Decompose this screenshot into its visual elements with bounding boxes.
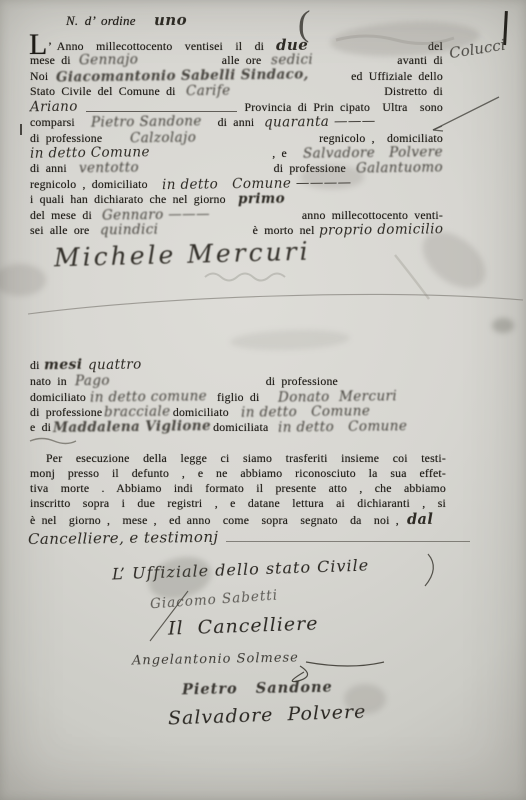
printed-text: i quali han dichiarato che nel giorno	[30, 191, 226, 207]
handwritten-death-place: proprio domicilio	[319, 221, 444, 239]
printed-text: , e	[272, 145, 287, 161]
form-line: e di Maddalena Viglione domiciliata in d…	[30, 419, 450, 435]
form-line: di professione Calzolajo regnicolo , dom…	[30, 130, 443, 146]
stray-dash-scribble	[30, 439, 76, 444]
signature-chancellor-name: Angelantonio Solmese	[132, 651, 299, 669]
printed-text: di anni	[30, 160, 67, 176]
signature-chancellor-title: Il Cancelliere	[168, 612, 319, 639]
closing-hand-line: Cancelliere, e testimonj	[28, 529, 478, 545]
printed-text: domiciliato	[30, 389, 86, 405]
ink-underline	[226, 540, 470, 542]
handwritten-witness2-age: ventotto	[79, 160, 139, 177]
closing-line: monj presso il defunto , e ne abbiamo ri…	[30, 466, 446, 481]
handwritten-witness1-name: Pietro Sandone	[91, 113, 202, 130]
handwritten-month: Gennajo	[79, 52, 139, 69]
printed-text: di	[30, 357, 40, 373]
printed-text: del mese di	[30, 207, 92, 223]
form-rule	[86, 110, 237, 112]
ink-smudge	[492, 318, 514, 333]
handwritten-comune: Carife	[186, 83, 231, 100]
closing-last-line: è nel giorno , mese , ed anno come sopra…	[30, 511, 468, 527]
printed-text: Stato Civile del Comune di	[30, 83, 176, 99]
printed-text: è nel giorno , mese , ed anno come sopra…	[30, 512, 399, 528]
handwritten-mother-name: Maddalena Viglione	[53, 418, 211, 436]
handwritten-birthplace: Pago	[75, 373, 110, 389]
ghost-scribble	[205, 274, 285, 281]
printed-text: mese di	[30, 52, 71, 68]
document-page: N. d’ ordine uno ( Colucci L ’ Anno mill…	[0, 0, 526, 800]
handwritten-district: Ariano	[30, 99, 78, 116]
ink-smudge	[230, 328, 351, 352]
handwritten-death-day: primo	[238, 191, 285, 208]
deceased-name: Michele Mercuri	[54, 237, 311, 273]
margin-tick-mark	[20, 124, 22, 135]
handwritten-age-unit: mesi	[43, 357, 82, 373]
form-line: domiciliato in detto comune figlio di Do…	[30, 389, 450, 405]
handwritten-domicile: in detto Comune	[278, 418, 407, 436]
handwritten-age-value: quattro	[88, 357, 142, 374]
signature-witness1: Pietro Sandone	[182, 679, 333, 699]
printed-text: di professione	[266, 373, 338, 389]
form-line: di mesi quattro	[30, 357, 450, 373]
printed-text: comparsi	[30, 114, 75, 130]
printed-text: Provincia di Prin cipato Ultra sono	[245, 99, 443, 115]
order-number-row: N. d’ ordine uno	[66, 11, 286, 27]
printed-text: nato in	[30, 373, 67, 389]
printed-text: è morto nel	[253, 222, 315, 238]
form-line: di anni ventotto di professione Galantuo…	[30, 160, 443, 176]
signature-flourish	[425, 554, 433, 586]
form-line: del mese di Gennaro ——— anno millecottoc…	[30, 207, 443, 223]
printed-text: di anni	[218, 114, 255, 130]
handwritten-tail: dal	[407, 511, 433, 528]
handwritten-witness2-profession: Galantuomo	[356, 159, 443, 176]
printed-text: regnicolo , domiciliato	[30, 176, 148, 192]
printed-text: domiciliata	[213, 419, 268, 435]
stray-curve-line	[28, 295, 523, 314]
closing-line: inscritto sopra i due registri , e datan…	[30, 496, 446, 511]
printed-text: sei alle ore	[30, 222, 90, 238]
signature-witness2: Salvadore Polvere	[168, 701, 367, 730]
form-line: regnicolo , domiciliato in detto Comune …	[30, 176, 443, 192]
form-line: i quali han dichiarato che nel giorno pr…	[30, 191, 443, 207]
handwritten-closing: Cancelliere, e testimonj	[28, 528, 219, 548]
ink-smudge	[300, 165, 364, 189]
form-line: comparsi Pietro Sandone di anni quaranta…	[30, 114, 443, 130]
form-line: nato in Pago di professione	[30, 373, 450, 389]
printed-text: alle ore	[222, 52, 262, 68]
form-line: Noi Giacomantonio Sabelli Sindaco, ed Uf…	[30, 68, 443, 84]
printed-text: Distretto di	[384, 83, 443, 99]
printed-text: ed Uffiziale dello	[351, 68, 443, 84]
printed-text: Noi	[30, 68, 48, 84]
form-line: Ariano Provincia di Prin cipato Ultra so…	[30, 99, 443, 115]
handwritten-death-hour: quindici	[99, 222, 158, 239]
printed-text: e di	[30, 419, 51, 435]
ink-smudge	[344, 684, 386, 714]
ink-smudge	[0, 264, 46, 296]
order-number-value: uno	[154, 11, 187, 29]
handwritten-witness1-age: quaranta ———	[264, 113, 376, 130]
printed-text: di professione	[30, 130, 102, 146]
closing-line: Per esecuzione della legge ci siamo tras…	[46, 451, 446, 466]
form-line: in detto Comune , e Salvadore Polvere	[30, 145, 443, 161]
order-number-label: N. d’ ordine	[66, 13, 136, 29]
closing-line: tiva morte . Abbiamo indi formato il pre…	[30, 481, 446, 496]
ghost-stroke	[395, 255, 429, 299]
form-line: Stato Civile del Comune di Carife Distre…	[30, 83, 443, 99]
printed-text: di professione	[30, 404, 102, 420]
form-line: sei alle ore quindici è morto nel propri…	[30, 222, 443, 238]
printed-text: figlio di	[217, 389, 259, 405]
